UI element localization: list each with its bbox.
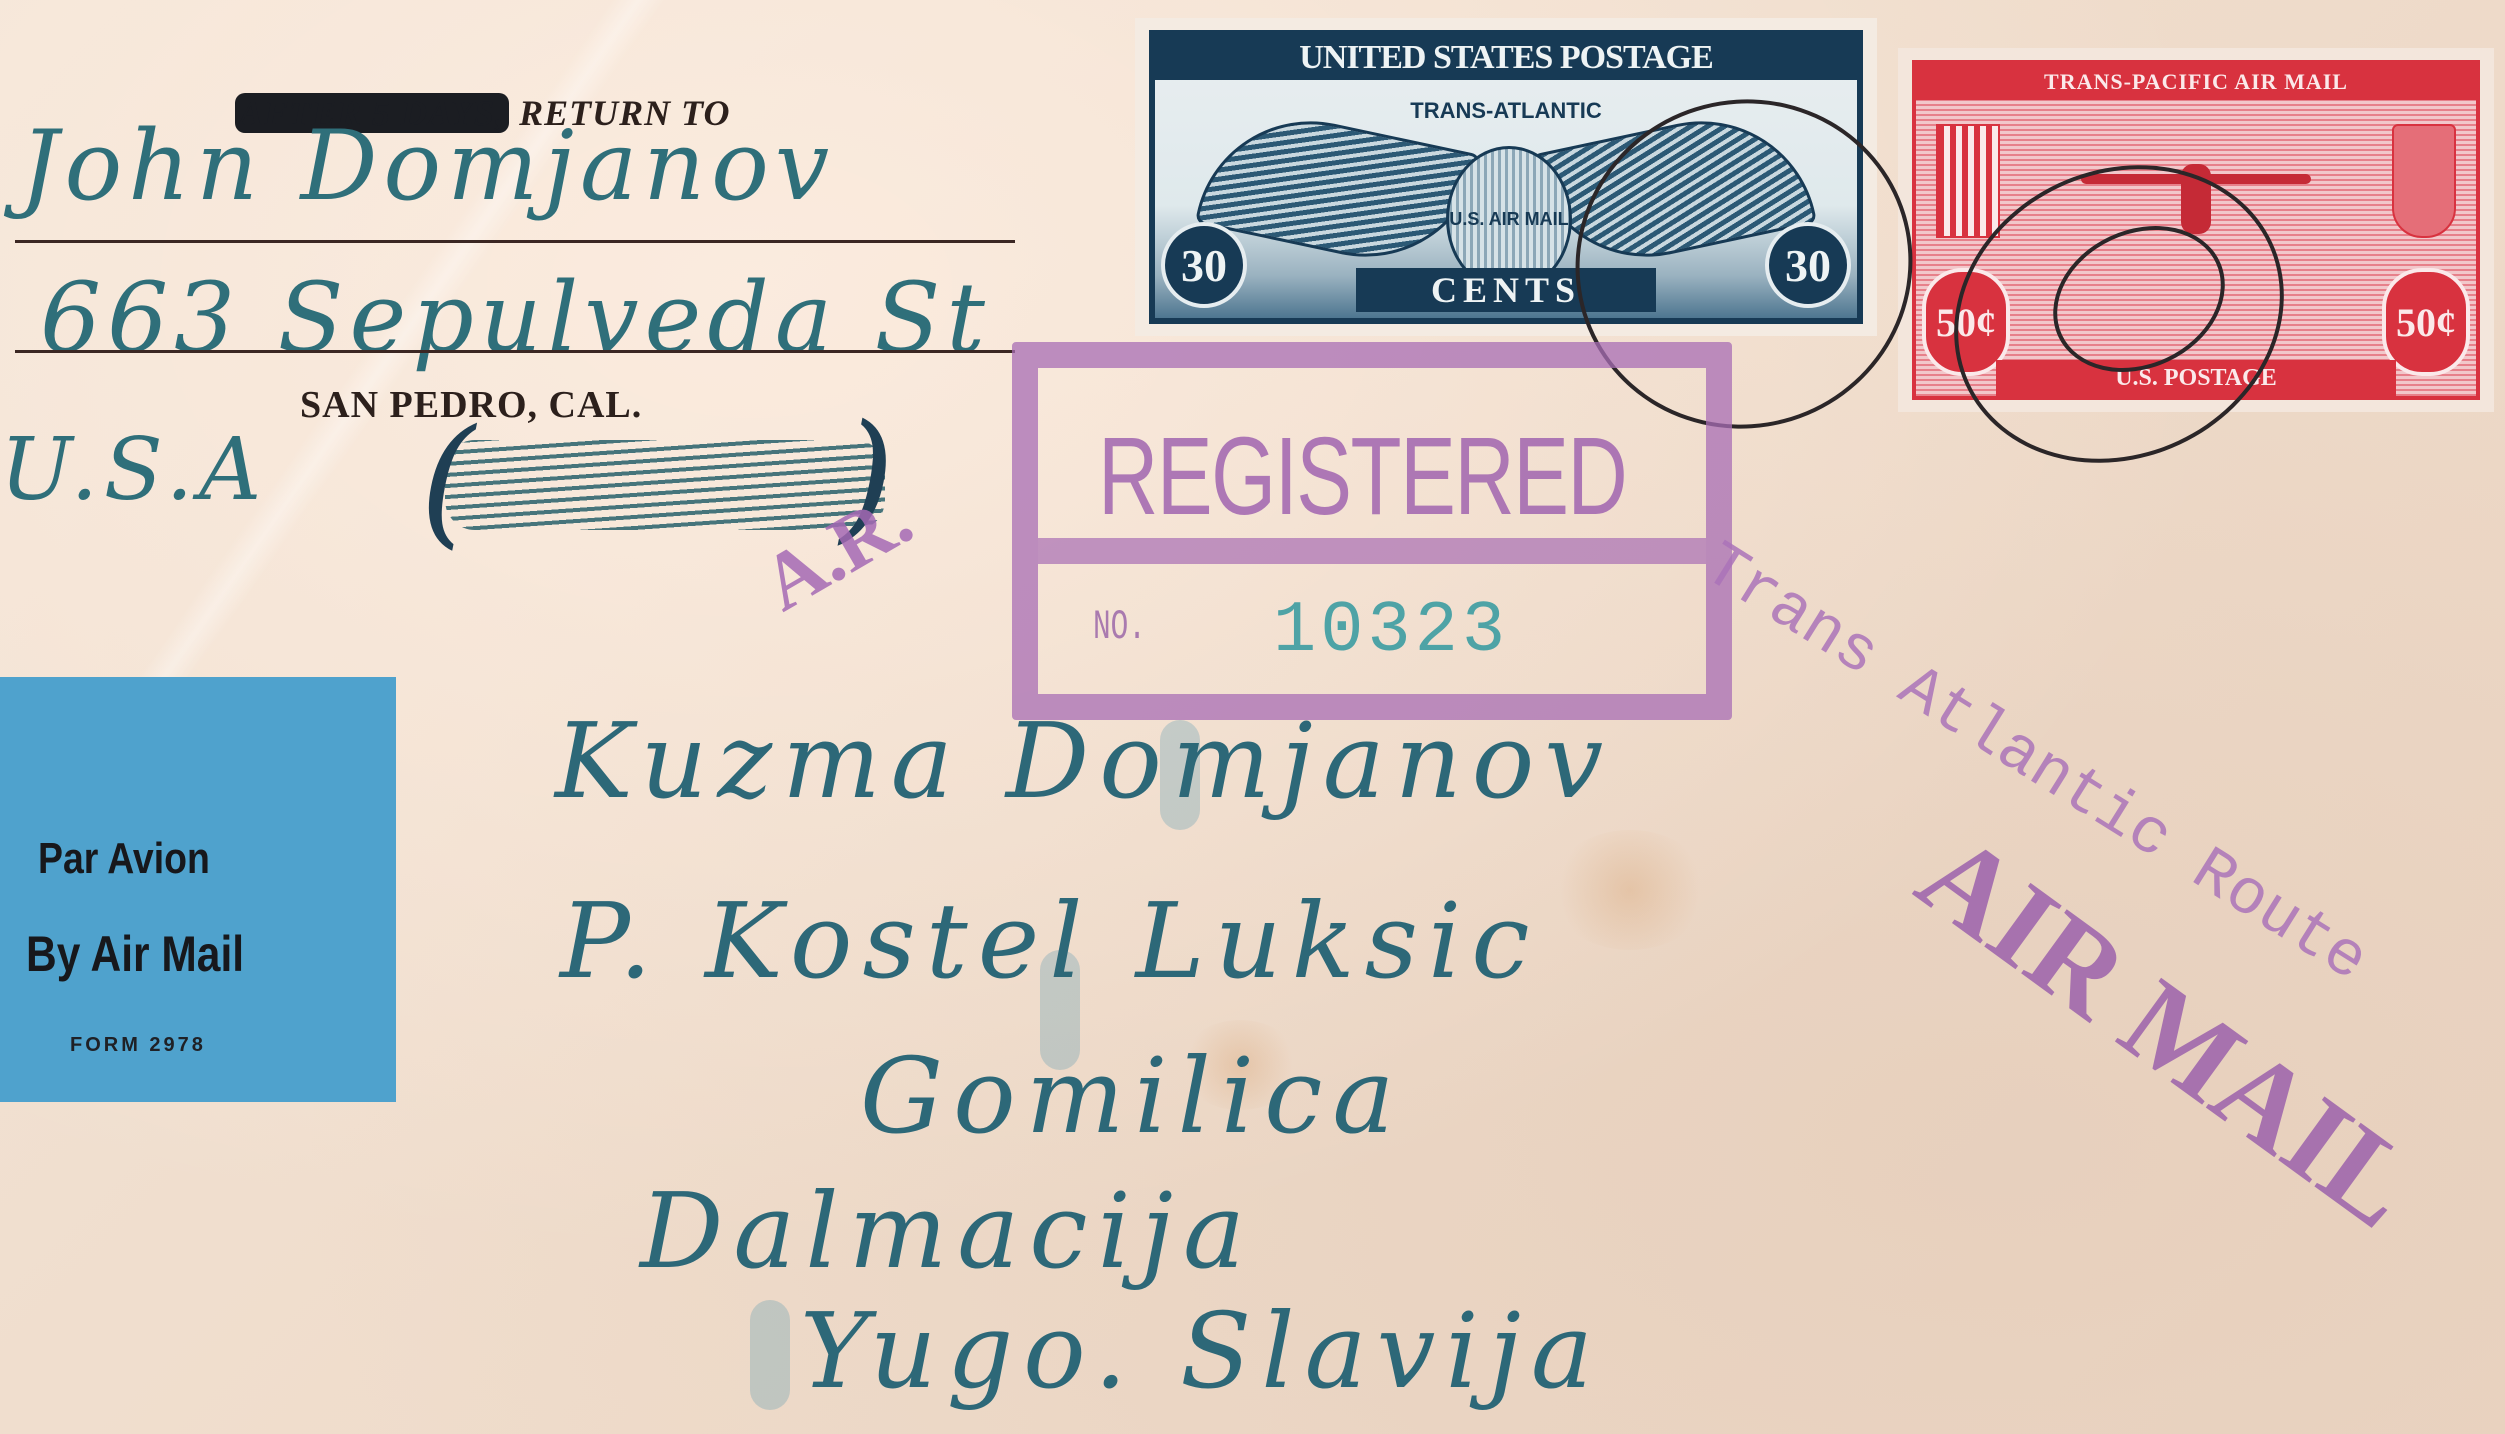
- recipient-line-4: Dalmacija: [640, 1170, 1255, 1292]
- recipient-line-3: Gomilica: [860, 1035, 1404, 1157]
- shield-icon: [2392, 124, 2456, 238]
- return-street-rule: [15, 350, 1015, 353]
- airmail-label: Par Avion By Air Mail FORM 2978: [0, 677, 396, 1102]
- return-name: John Domjanov: [20, 110, 835, 222]
- stamp-top-banner: TRANS-PACIFIC AIR MAIL: [1916, 64, 2476, 100]
- recipient-line-2: P. Kostel Luksic: [560, 880, 1540, 1002]
- registered-stamp: REGISTERED NO. 10323: [1012, 342, 1732, 720]
- paper-stain: [1550, 830, 1710, 950]
- registration-number: 10323: [1273, 590, 1509, 672]
- registered-no-label: NO.: [1093, 603, 1146, 651]
- return-name-rule: [15, 240, 1015, 243]
- registered-title: REGISTERED: [1098, 413, 1626, 540]
- flag-icon: [1936, 124, 2000, 238]
- label-form-number: FORM 2978: [70, 1034, 206, 1057]
- ink-smear: [750, 1300, 790, 1410]
- paren-left-icon: (: [420, 400, 475, 563]
- registered-divider: [1038, 538, 1706, 564]
- recipient-line-5: Yugo. Slavija: [800, 1290, 1603, 1412]
- label-by-air-mail: By Air Mail: [26, 925, 244, 983]
- stamp-top-banner: UNITED STATES POSTAGE: [1155, 36, 1857, 80]
- stamp-denomination-left: 30: [1161, 222, 1247, 308]
- return-country: U.S.A: [0, 420, 267, 520]
- envelope: AFTER 5 DAYS,RETURN TO John Domjanov 663…: [0, 0, 2505, 1434]
- return-street: 663 Sepulveda St: [40, 262, 991, 374]
- recipient-line-1: Kuzma Domjanov: [555, 700, 1613, 822]
- label-par-avion: Par Avion: [38, 834, 210, 884]
